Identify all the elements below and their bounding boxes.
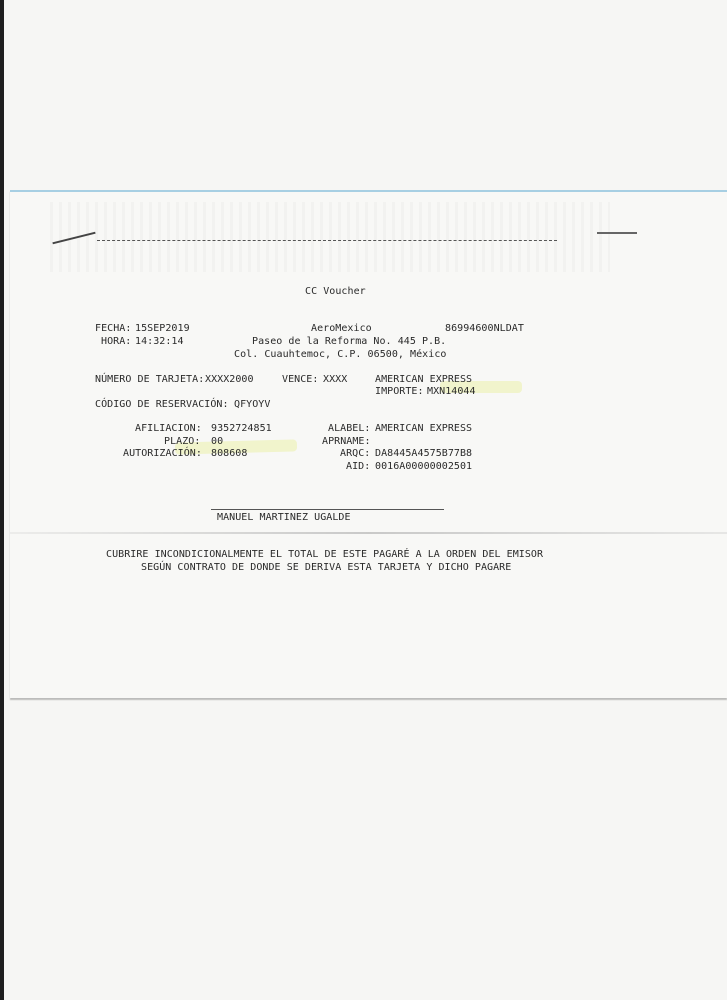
expiry-label: VENCE: [282,374,318,386]
plazo-value: 00 [211,436,223,448]
reservation-label: CÓDIGO DE RESERVACIÓN: [95,399,229,411]
alabel-label: ALABEL: [328,423,371,435]
expiry-value: XXXX [323,374,347,386]
paper-fold [10,532,727,534]
hora-value: 14:32:14 [135,336,184,348]
legal-text-line-2: SEGÚN CONTRATO DE DONDE SE DERIVA ESTA T… [141,562,511,574]
reservation-code: QFYOYV [234,399,270,411]
fecha-label: FECHA: [95,323,131,335]
legal-text-line-1: CUBRIRE INCONDICIONALMENTE EL TOTAL DE E… [106,549,543,561]
autorizacion-label: AUTORIZACIÓN: [123,448,202,460]
voucher-title: CC Voucher [305,286,366,298]
aprname-label: APRNAME: [322,436,371,448]
merchant-address-2: Col. Cuauhtemoc, C.P. 06500, México [234,349,446,361]
amount-label: IMPORTE: [375,386,424,398]
card-brand: AMERICAN EXPRESS [375,374,472,386]
fecha-value: 15SEP2019 [135,323,190,335]
autorizacion-value: 808608 [211,448,247,460]
card-number-label: NÚMERO DE TARJETA: [95,374,204,386]
arqc-label: ARQC: [340,448,370,460]
merchant-name: AeroMexico [311,323,372,335]
aid-label: AID: [346,461,370,473]
afiliacion-value: 9352724851 [211,423,272,435]
amount-value: MXN14044 [427,386,476,398]
scanner-border [0,0,4,1000]
plazo-label: PLAZO: [164,436,200,448]
merchant-address-1: Paseo de la Reforma No. 445 P.B. [252,336,446,348]
alabel-value: AMERICAN EXPRESS [375,423,472,435]
hora-label: HORA: [101,336,131,348]
cardholder-name: MANUEL MARTINEZ UGALDE [217,512,351,524]
tear-line [97,240,557,241]
afiliacion-label: AFILIACION: [135,423,202,435]
merchant-id: 86994600NLDAT [445,323,524,335]
pen-mark [597,232,637,234]
aid-value: 0016A00000002501 [375,461,472,473]
arqc-value: DA8445A4575B77B8 [375,448,472,460]
card-number: XXXX2000 [205,374,254,386]
signature-line [211,509,444,510]
